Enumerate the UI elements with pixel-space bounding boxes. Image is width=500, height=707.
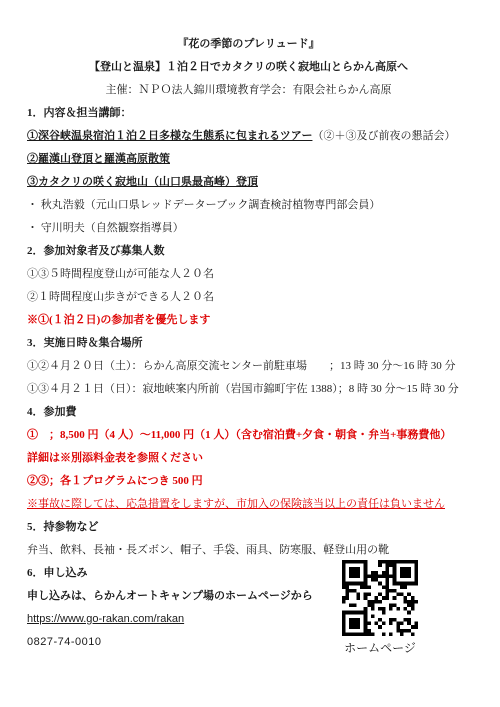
tour-item-3: ③カタクリの咲く寂地山（山口県最高峰）登頂: [27, 176, 470, 189]
qr-label: ホームページ: [340, 639, 420, 656]
section-5-heading: 5．持参物など: [27, 521, 470, 534]
section-3-heading: 3．実施日時＆集合場所: [27, 337, 470, 350]
tour-item-1-note: （②＋③及び前夜の懇話会）: [312, 130, 455, 142]
doc-subtitle: 【登山と温泉】１泊２日でカタクリの咲く寂地山とらかん高原へ: [27, 61, 470, 74]
fee-detail-note: 詳細は※別添料金表を参照ください: [27, 452, 470, 465]
belongings-list: 弁当、飲料、長袖・長ズボン、帽子、手袋、雨具、防寒服、軽登山用の靴: [27, 544, 470, 557]
section-4-heading: 4．参加費: [27, 406, 470, 419]
schedule-item-2: ①③４月２１日（日）：寂地峡案内所前（岩国市錦町宇佐 1388）；8 時 30 …: [27, 383, 470, 396]
doc-title: 『花の季節のプレリュード』: [27, 38, 470, 51]
capacity-item-1: ①③５時間程度登山が可能な人２０名: [27, 268, 470, 281]
lecturer-item-1: ・ 秋丸浩毅（元山口県レッドデーターブック調査検討植物専門部会員）: [27, 199, 470, 212]
application-url-link[interactable]: https://www.go-rakan.com/rakan: [27, 613, 184, 625]
fee-item-1: ① ；8,500 円（4 人）～11,000 円（1 人）（含む宿泊費+夕食・朝…: [27, 429, 470, 442]
insurance-note: ※事故に際しては、応急措置をしますが、市加入の保険該当以上の責任は負いません: [27, 498, 470, 511]
tour-item-1-main: ①深谷峡温泉宿泊１泊２日多様な生態系に包まれるツアー: [27, 130, 312, 142]
tour-item-1: ①深谷峡温泉宿泊１泊２日多様な生態系に包まれるツアー（②＋③及び前夜の懇話会）: [27, 130, 470, 143]
capacity-item-2: ②１時間程度山歩きができる人２０名: [27, 291, 470, 304]
priority-note: ※①(１泊２日)の参加者を優先します: [27, 314, 470, 327]
section-2-heading: 2．参加対象者及び募集人数: [27, 245, 470, 258]
flyer-page: 『花の季節のプレリュード』 【登山と温泉】１泊２日でカタクリの咲く寂地山とらかん…: [0, 0, 500, 707]
qr-code-icon: [342, 560, 418, 636]
tour-item-2: ②羅漢山登頂と羅漢高原散策: [27, 153, 470, 166]
schedule-item-1: ①②４月２０日（土）：らかん高原交流センター前駐車場 ；13 時 30 分～16…: [27, 360, 470, 373]
section-1-heading: 1．内容＆担当講師：: [27, 107, 470, 120]
qr-block: ホームページ: [340, 560, 420, 656]
lecturer-item-2: ・ 守川明夫（自然観察指導員）: [27, 222, 470, 235]
fee-item-2-3: ②③；各１プログラムにつき 500 円: [27, 475, 470, 488]
organizer-line: 主催：ＮＰＯ法人錦川環境教育学会：有限会社らかん高原: [27, 84, 470, 97]
